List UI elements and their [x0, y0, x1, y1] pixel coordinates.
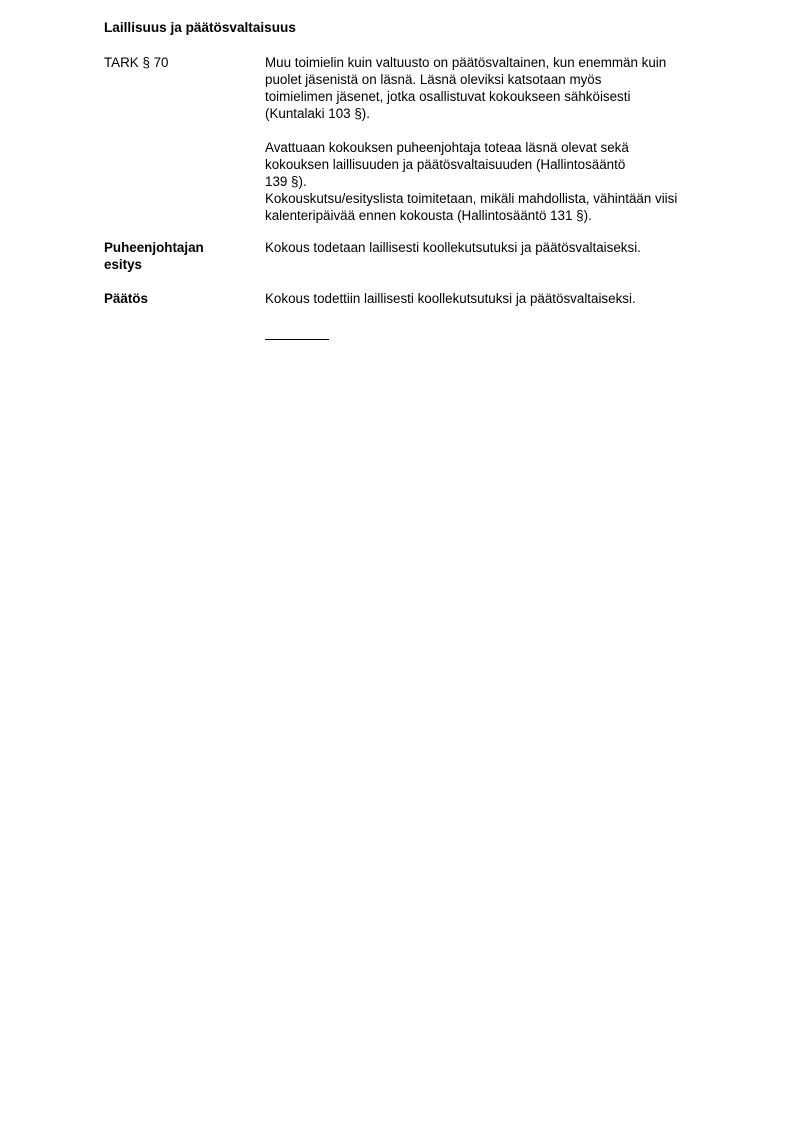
- document-title: Laillisuus ja päätösvaltaisuus: [104, 20, 296, 35]
- line: puolet jäsenistä on läsnä. Läsnä oleviks…: [265, 72, 601, 87]
- line: Kokouskutsu/esityslista toimitetaan, mik…: [265, 191, 677, 206]
- section-label-decision: Päätös: [104, 290, 254, 307]
- section-label-proposal: Puheenjohtajan esitys: [104, 239, 254, 273]
- label-line: esitys: [104, 257, 142, 272]
- line: toimielimen jäsenet, jotka osallistuvat …: [265, 89, 630, 104]
- line: 139 §).: [265, 174, 307, 189]
- label-line: Puheenjohtajan: [104, 240, 204, 255]
- line: kalenteripäivää ennen kokousta (Hallinto…: [265, 208, 592, 223]
- section-body-proposal: Kokous todetaan laillisesti koollekutsut…: [265, 239, 725, 256]
- line: Avattuaan kokouksen puheenjohtaja toteaa…: [265, 140, 629, 155]
- section-label-tark: TARK § 70: [104, 54, 254, 71]
- line: (Kuntalaki 103 §).: [265, 106, 370, 121]
- line: kokouksen laillisuuden ja päätösvaltaisu…: [265, 157, 625, 172]
- paragraph-opening: Avattuaan kokouksen puheenjohtaja toteaa…: [265, 139, 725, 224]
- section-body-tark: Muu toimielin kuin valtuusto on päätösva…: [265, 54, 725, 224]
- paragraph-quorum: Muu toimielin kuin valtuusto on päätösva…: [265, 54, 725, 122]
- line: Muu toimielin kuin valtuusto on päätösva…: [265, 55, 666, 70]
- end-rule: [265, 339, 329, 340]
- section-body-decision: Kokous todettiin laillisesti koollekutsu…: [265, 290, 725, 307]
